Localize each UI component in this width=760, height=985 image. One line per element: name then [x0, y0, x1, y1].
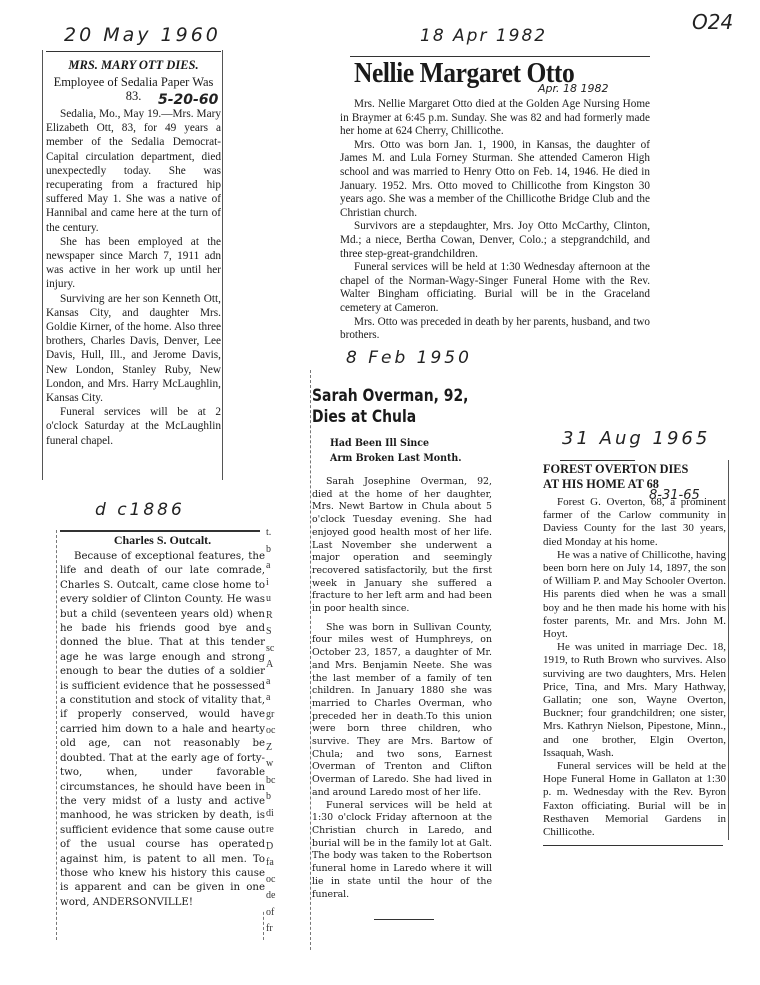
article-body: Forest G. Overton, 68, a prominent farme…: [543, 496, 726, 839]
paragraph: Funeral services will be held at 1:30 We…: [340, 261, 650, 315]
margin-annotation: 5-20-60: [158, 92, 218, 108]
column-fragment: D: [266, 839, 294, 856]
subhead-line1: Had Been Ill Since: [330, 436, 476, 451]
paragraph: Funeral services will be at 2 o'clock Sa…: [46, 405, 221, 448]
column-fragment: a: [266, 558, 294, 575]
column-fragment: bc: [266, 773, 294, 790]
margin-annotation: 8-31-65: [649, 488, 700, 503]
paragraph: Survivors are a stepdaughter, Mrs. Joy O…: [340, 220, 650, 261]
paragraph: He was a native of Chillicothe, having b…: [543, 549, 726, 641]
article-body: Sarah Josephine Overman, 92, died at the…: [312, 476, 492, 901]
margin-annotation: Apr. 18 1982: [538, 82, 609, 95]
column-fragment: i: [266, 575, 294, 592]
clipping-sarah-overman: Sarah Overman, 92, Dies at Chula Had Bee…: [312, 380, 492, 920]
column-fragment: b: [266, 789, 294, 806]
paragraph: Sedalia, Mo., May 19.—Mrs. Mary Elizabet…: [46, 107, 221, 235]
column-fragment: A: [266, 657, 294, 674]
article-body: Mrs. Nellie Margaret Otto died at the Go…: [340, 98, 650, 343]
clipping-mary-ott: MRS. MARY OTT DIES. Employee of Sedalia …: [46, 52, 221, 448]
paragraph: Forest G. Overton, 68, a prominent farme…: [543, 496, 726, 549]
paragraph: Funeral services will be held at the Hop…: [543, 760, 726, 839]
page-number-annotation: O24: [692, 10, 733, 34]
column-fragment: oc: [266, 872, 294, 889]
paragraph: She was born in Sullivan County, four mi…: [312, 622, 492, 800]
subhead-line2: Arm Broken Last Month.: [330, 451, 476, 466]
headline: MRS. MARY OTT DIES.: [46, 58, 221, 73]
handwritten-date-forest: 31 Aug 1965: [562, 428, 710, 449]
column-fragment: w: [266, 756, 294, 773]
handwritten-date-outcalt: d c1886: [95, 500, 185, 520]
column-fragment: Z: [266, 740, 294, 757]
column-fragment: S: [266, 624, 294, 641]
handwritten-date-sarah: 8 Feb 1950: [346, 348, 472, 368]
column-fragment: of: [266, 905, 294, 922]
column-fragment: t.: [266, 525, 294, 542]
column-fragment: a: [266, 690, 294, 707]
paragraph: Mrs. Otto was born Jan. 1, 1900, in Kans…: [340, 139, 650, 221]
column-fragment: b: [266, 542, 294, 559]
paragraph: Funeral services will be held at 1:30 o'…: [312, 800, 492, 902]
headline-line1: FOREST OVERTON DIES: [543, 462, 726, 477]
column-fragment: gr: [266, 707, 294, 724]
headline: Charles S. Outcalt.: [60, 533, 265, 548]
handwritten-date-nellie: 18 Apr 1982: [420, 26, 547, 46]
paragraph: Mrs. Nellie Margaret Otto died at the Go…: [340, 98, 650, 139]
column-fragment: a: [266, 674, 294, 691]
column-fragment: di: [266, 806, 294, 823]
headline-line1: Sarah Overman, 92,: [312, 386, 460, 407]
column-fragment: fa: [266, 855, 294, 872]
paragraph: Mrs. Otto was preceded in death by her p…: [340, 316, 650, 343]
clipping-forest-overton: FOREST OVERTON DIES AT HIS HOME AT 68 8-…: [543, 462, 726, 846]
column-fragment: sc: [266, 641, 294, 658]
paragraph: Because of exceptional features, the lif…: [60, 550, 265, 910]
paragraph: Surviving are her son Kenneth Ott, Kansa…: [46, 292, 221, 406]
column-fragment: u: [266, 591, 294, 608]
column-fragment: de: [266, 888, 294, 905]
clipping-charles-outcalt: Charles S. Outcalt. Because of exception…: [60, 533, 265, 910]
column-fragment: re: [266, 822, 294, 839]
paragraph: She has been employed at the newspaper s…: [46, 235, 221, 292]
paragraph: He was united in marriage Dec. 18, 1919,…: [543, 641, 726, 760]
column-fragment: oc: [266, 723, 294, 740]
paragraph: Sarah Josephine Overman, 92, died at the…: [312, 476, 492, 616]
column-fragment: R: [266, 608, 294, 625]
handwritten-date-ott: 20 May 1960: [64, 24, 221, 46]
column-fragment: fr: [266, 921, 294, 938]
article-body: Because of exceptional features, the lif…: [60, 550, 265, 910]
adjacent-column-fragments: t.baiuRSscAaagrocZwbcbdireDfaocdeoffr: [266, 525, 294, 938]
clipping-nellie-otto: Nellie Margaret Otto Apr. 18 1982 Mrs. N…: [340, 58, 650, 343]
headline-line2: Dies at Chula: [312, 407, 460, 428]
article-body: Sedalia, Mo., May 19.—Mrs. Mary Elizabet…: [46, 107, 221, 448]
